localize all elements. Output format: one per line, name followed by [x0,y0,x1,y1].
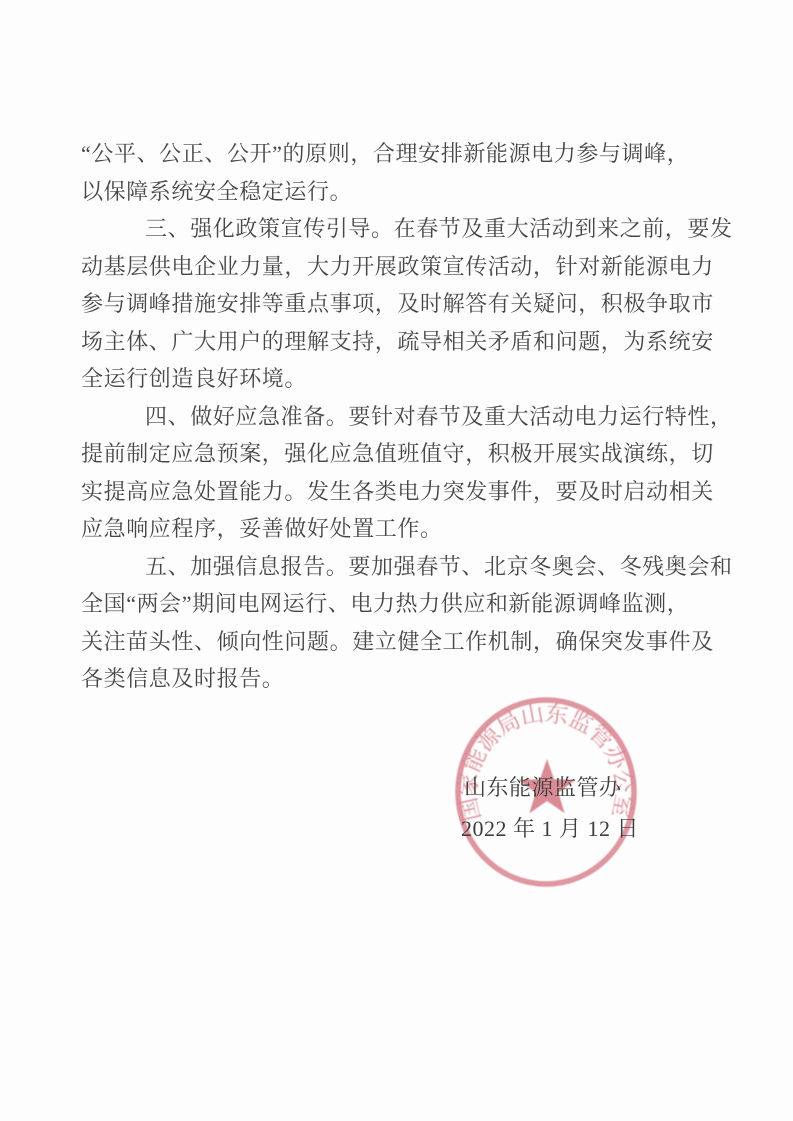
text-line: 四、做好应急准备。要针对春节及重大活动电力运行特性， [81,398,741,436]
text-line: 五、加强信息报告。要加强春节、北京冬奥会、冬残奥会和 [81,548,741,586]
text-line: 实提高应急处置能力。发生各类电力突发事件，要及时启动相关 [81,473,741,511]
text-line: 提前制定应急预案，强化应急值班值守，积极开展实战演练，切 [81,435,741,473]
seal-arc-text: 国家能源局山东监管办公室 [455,701,636,823]
text-line: 关注苗头性、倾向性问题。建立健全工作机制，确保突发事件及 [81,623,741,661]
signature-date: 2022 年 1 月 12 日 [461,812,639,843]
text-line: 各类信息及时报告。 [81,660,741,698]
text-line: 应急响应程序，妥善做好处置工作。 [81,510,741,548]
document-page: “公平、公正、公开”的原则，合理安排新能源电力参与调峰，以保障系统安全稳定运行。… [0,0,793,1121]
signature-org: 山东能源监管办 [464,771,622,802]
text-line: 参与调峰措施安排等重点事项，及时解答有关疑问，积极争取市 [81,285,741,323]
text-line: 场主体、广大用户的理解支持，疏导相关矛盾和问题，为系统安 [81,323,741,361]
text-line: 以保障系统安全稳定运行。 [81,173,741,211]
svg-text:国家能源局山东监管办公室: 国家能源局山东监管办公室 [455,701,636,823]
text-line: 全运行创造良好环境。 [81,360,741,398]
document-body: “公平、公正、公开”的原则，合理安排新能源电力参与调峰，以保障系统安全稳定运行。… [81,135,741,698]
text-line: “公平、公正、公开”的原则，合理安排新能源电力参与调峰， [81,135,741,173]
text-line: 三、强化政策宣传引导。在春节及重大活动到来之前，要发 [81,210,741,248]
text-line: 动基层供电企业力量，大力开展政策宣传活动，针对新能源电力 [81,248,741,286]
text-line: 全国“两会”期间电网运行、电力热力供应和新能源调峰监测， [81,585,741,623]
